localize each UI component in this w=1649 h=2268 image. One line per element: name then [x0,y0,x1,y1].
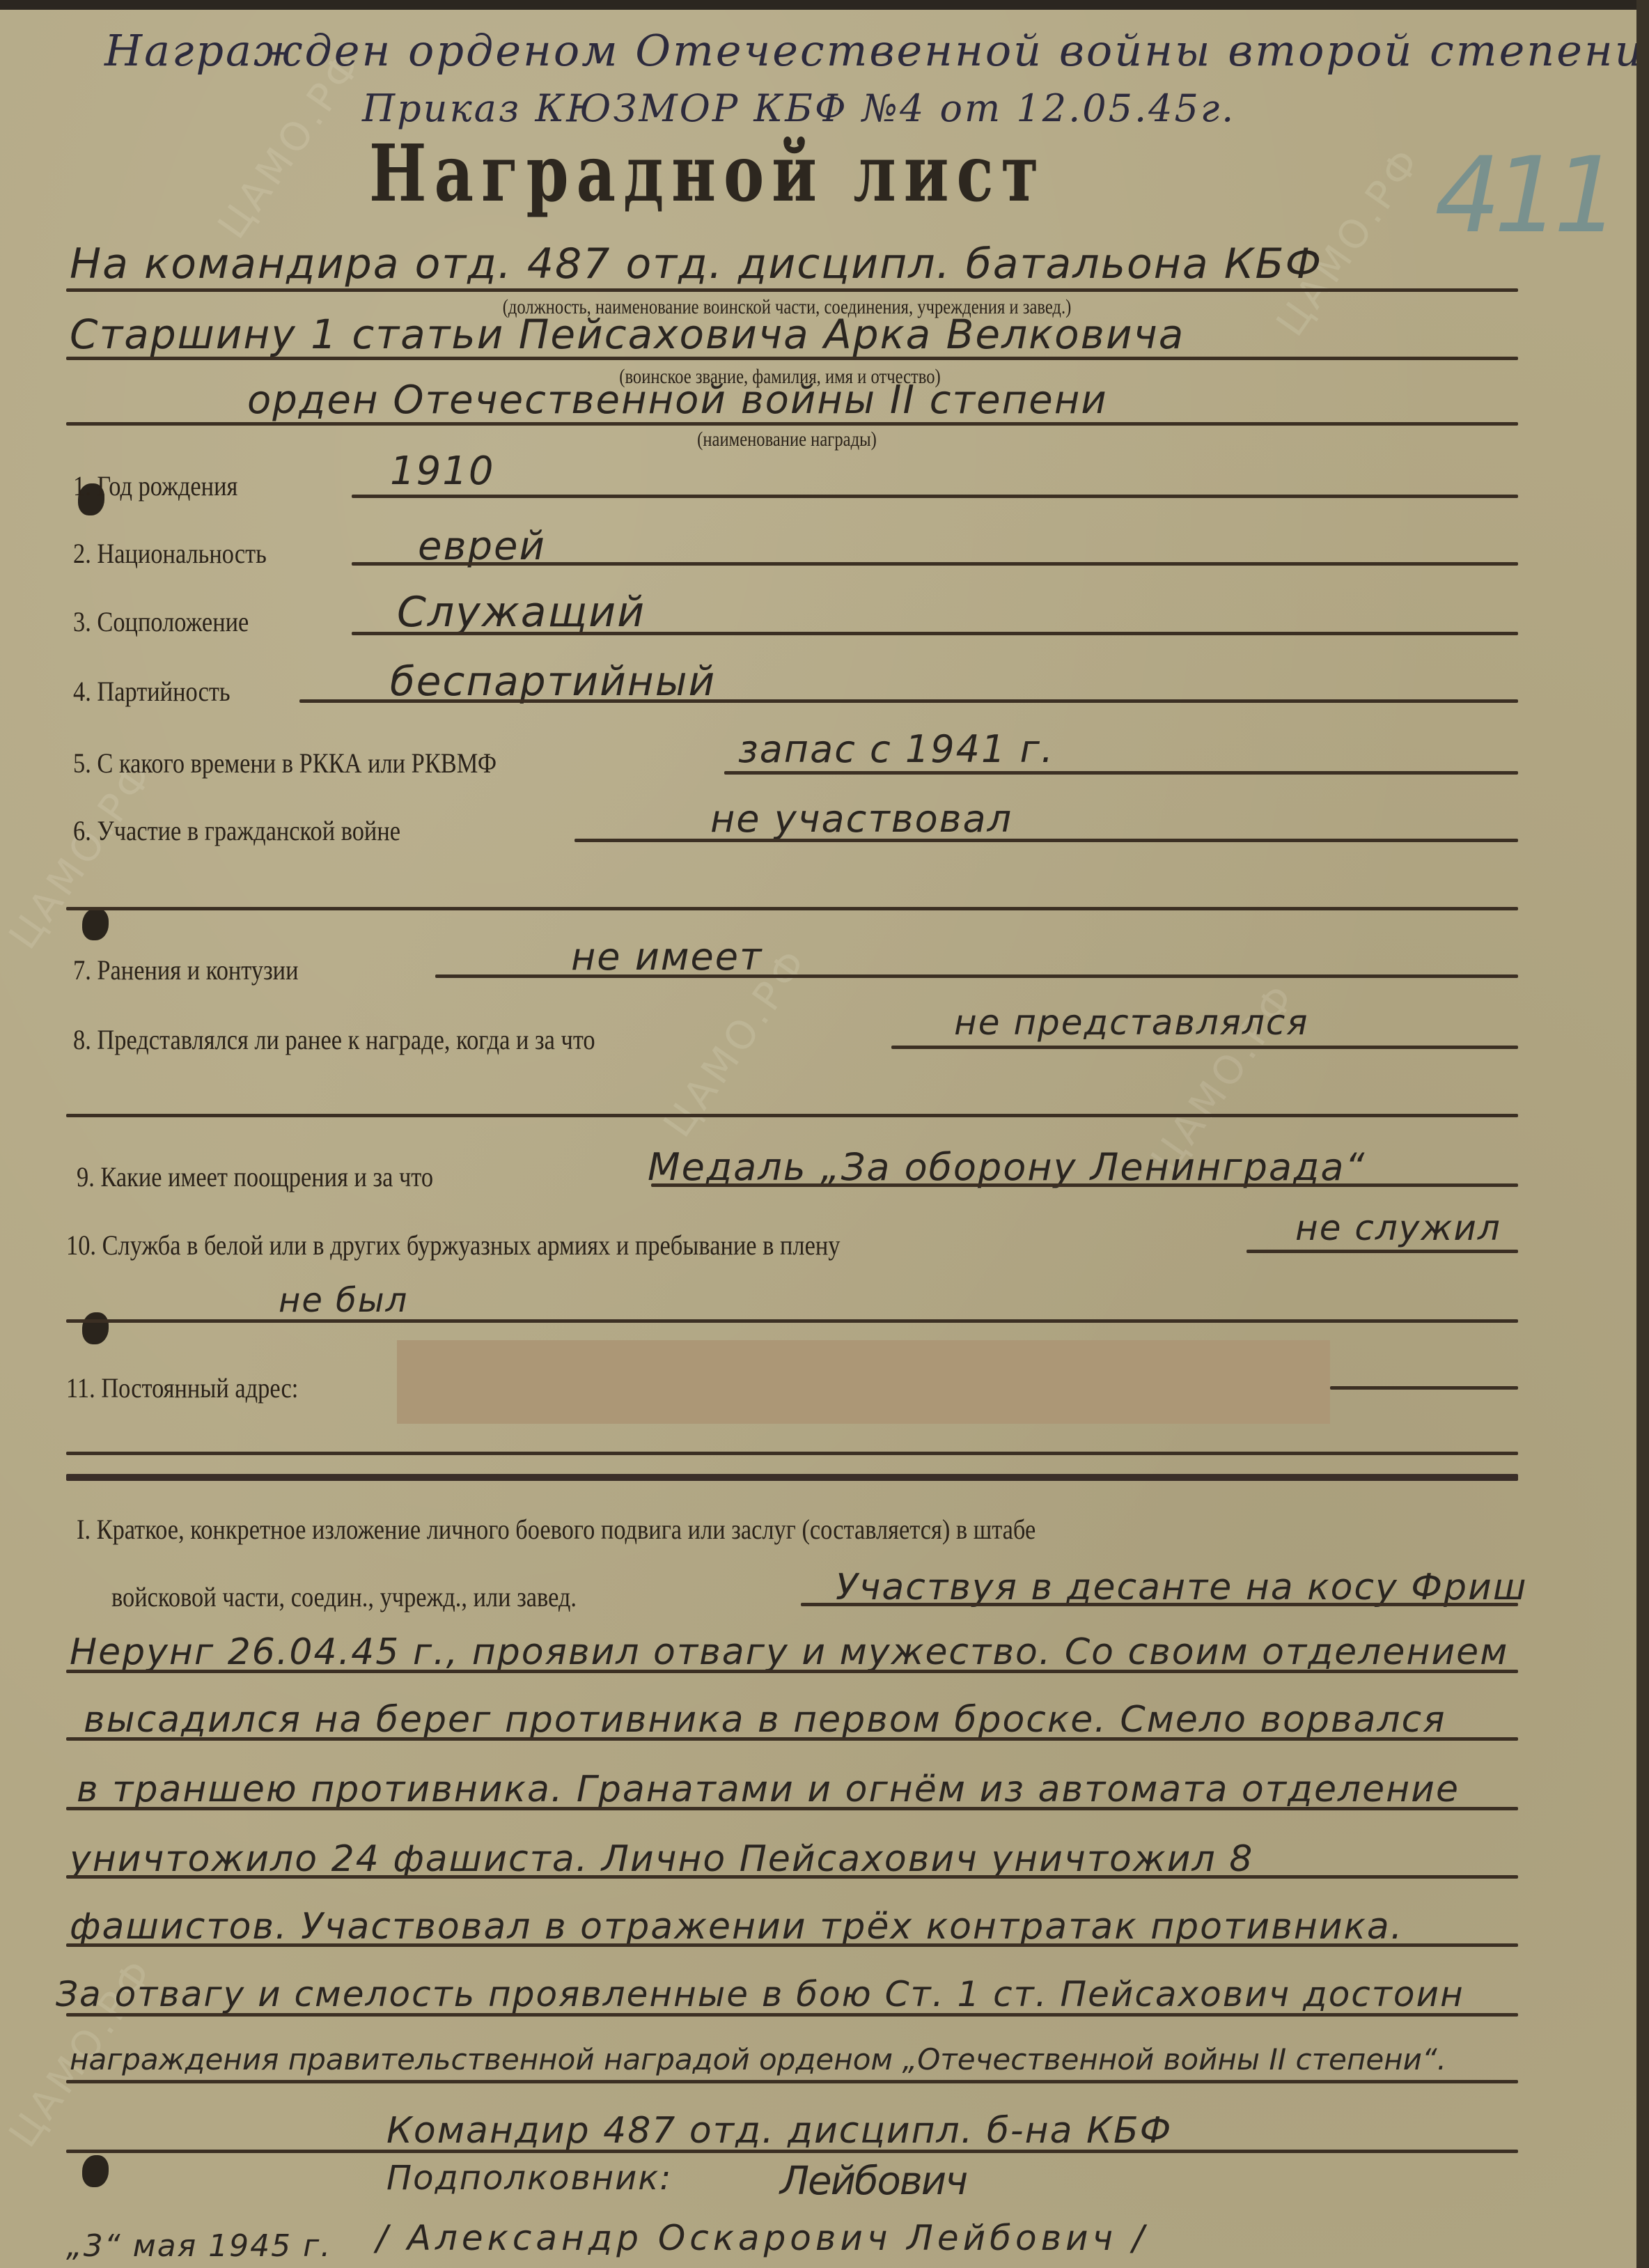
award-caption: (наименование награды) [587,428,987,451]
commander-name: / Александр Оскарович Лейбович / [376,2218,1148,2258]
field-value-social-status: Служащий [397,588,646,637]
punch-hole [82,2155,109,2187]
narrative-line: фашистов. Участвовал в отражении трёх ко… [70,1906,1403,1948]
name-value: Старшину 1 статьи Пейсаховича Арка Велко… [70,311,1185,358]
section-divider [66,1474,1518,1481]
field-label-commendations: 9. Какие имеет поощрения и за что [77,1160,433,1193]
divider [66,2150,1518,2153]
narrative-line: Нерунг 26.04.45 г., проявил отвагу и муж… [70,1631,1508,1673]
divider [352,632,1518,635]
page-edge [1636,0,1649,2268]
field-label-prior-awards: 8. Представлялся ли ранее к награде, ког… [73,1023,595,1056]
header-annotation-award: Награжден орденом Отечественной войны вт… [104,25,1645,76]
award-value: орден Отечественной войны II степени [247,378,1108,423]
field-label-white-army: 10. Служба в белой или в других буржуазн… [66,1229,840,1261]
divider [575,839,1518,842]
divider [66,1807,1518,1810]
field-label-party: 4. Партийность [73,675,230,708]
field-label-birth-year: 1. Год рождения [73,469,237,502]
divider [66,288,1518,292]
page-title: Наградной лист [369,128,1047,219]
divider [66,1452,1518,1455]
divider [66,1943,1518,1947]
narrative-line: награждения правительственной наградой о… [70,2042,1446,2076]
divider [801,1603,1518,1606]
divider [891,1046,1518,1049]
header-annotation-order: Приказ КЮЗМОР КБФ №4 от 12.05.45г. [362,86,1235,130]
narrative-line: уничтожило 24 фашиста. Лично Пейсахович … [70,1838,1253,1880]
field-value-white-army: не служил [1295,1208,1501,1248]
divider [299,699,1518,703]
divider [66,1670,1518,1673]
divider [1330,1386,1518,1390]
field-value-service-since: запас с 1941 г. [738,727,1054,771]
divider [66,1319,1518,1323]
field-value-captivity: не был [279,1281,408,1320]
award-sheet: ЦАМО.РФ ЦАМО.РФ ЦАМО.РФ ЦАМО.РФ ЦАМО.РФ … [0,10,1636,2268]
signing-date: „3“ мая 1945 г. [66,2228,331,2264]
divider [66,2013,1518,2017]
divider [352,562,1518,566]
divider [66,1875,1518,1879]
section-i-label-cont: войсковой части, соедин., учрежд., или з… [111,1580,577,1613]
divider [724,771,1518,775]
divider [66,357,1518,360]
field-value-wounds: не имеет [571,935,763,979]
divider [66,907,1518,910]
narrative-line: Участвуя в десанте на косу Фриш [836,1567,1527,1608]
divider [66,1114,1518,1117]
divider [1246,1250,1518,1253]
divider [66,1737,1518,1741]
section-i-label: I. Краткое, конкретное изложение личного… [77,1513,1035,1546]
narrative-line: в траншею противника. Гранатами и огнём … [77,1769,1460,1810]
divider [352,495,1518,498]
narrative-line: За отвагу и смелость проявленные в бою С… [56,1974,1464,2014]
position-value: На командира отд. 487 отд. дисципл. бата… [70,240,1322,288]
field-value-party: беспартийный [390,658,716,705]
field-value-civil-war: не участвовал [710,797,1013,841]
field-value-birth-year: 1910 [390,449,495,494]
divider [66,2080,1518,2083]
field-label-civil-war: 6. Участие в гражданской войне [73,814,400,847]
field-value-prior-awards: не представлялся [954,1002,1308,1043]
field-label-wounds: 7. Ранения и контузии [73,954,298,986]
signature-scrawl: Лейбович [780,2159,967,2204]
field-label-address: 11. Постоянный адрес: [66,1372,298,1404]
field-value-commendations: Медаль „За оборону Ленинграда“ [648,1145,1366,1189]
commander-rank: Подполковник: [386,2159,672,2198]
divider [651,1183,1518,1187]
archive-mark: 411 [1435,135,1613,256]
punch-hole [82,908,109,940]
redacted-address [397,1340,1330,1424]
field-label-service-since: 5. С какого времени в РККА или РКВМФ [73,747,497,779]
divider [435,974,1518,978]
field-label-social-status: 3. Соцположение [73,605,249,638]
punch-hole [82,1312,109,1344]
field-label-nationality: 2. Национальность [73,537,267,570]
commander-title: Командир 487 отд. дисципл. б-на КБФ [386,2110,1172,2152]
narrative-line: высадился на берег противника в первом б… [84,1699,1446,1741]
divider [66,422,1518,426]
